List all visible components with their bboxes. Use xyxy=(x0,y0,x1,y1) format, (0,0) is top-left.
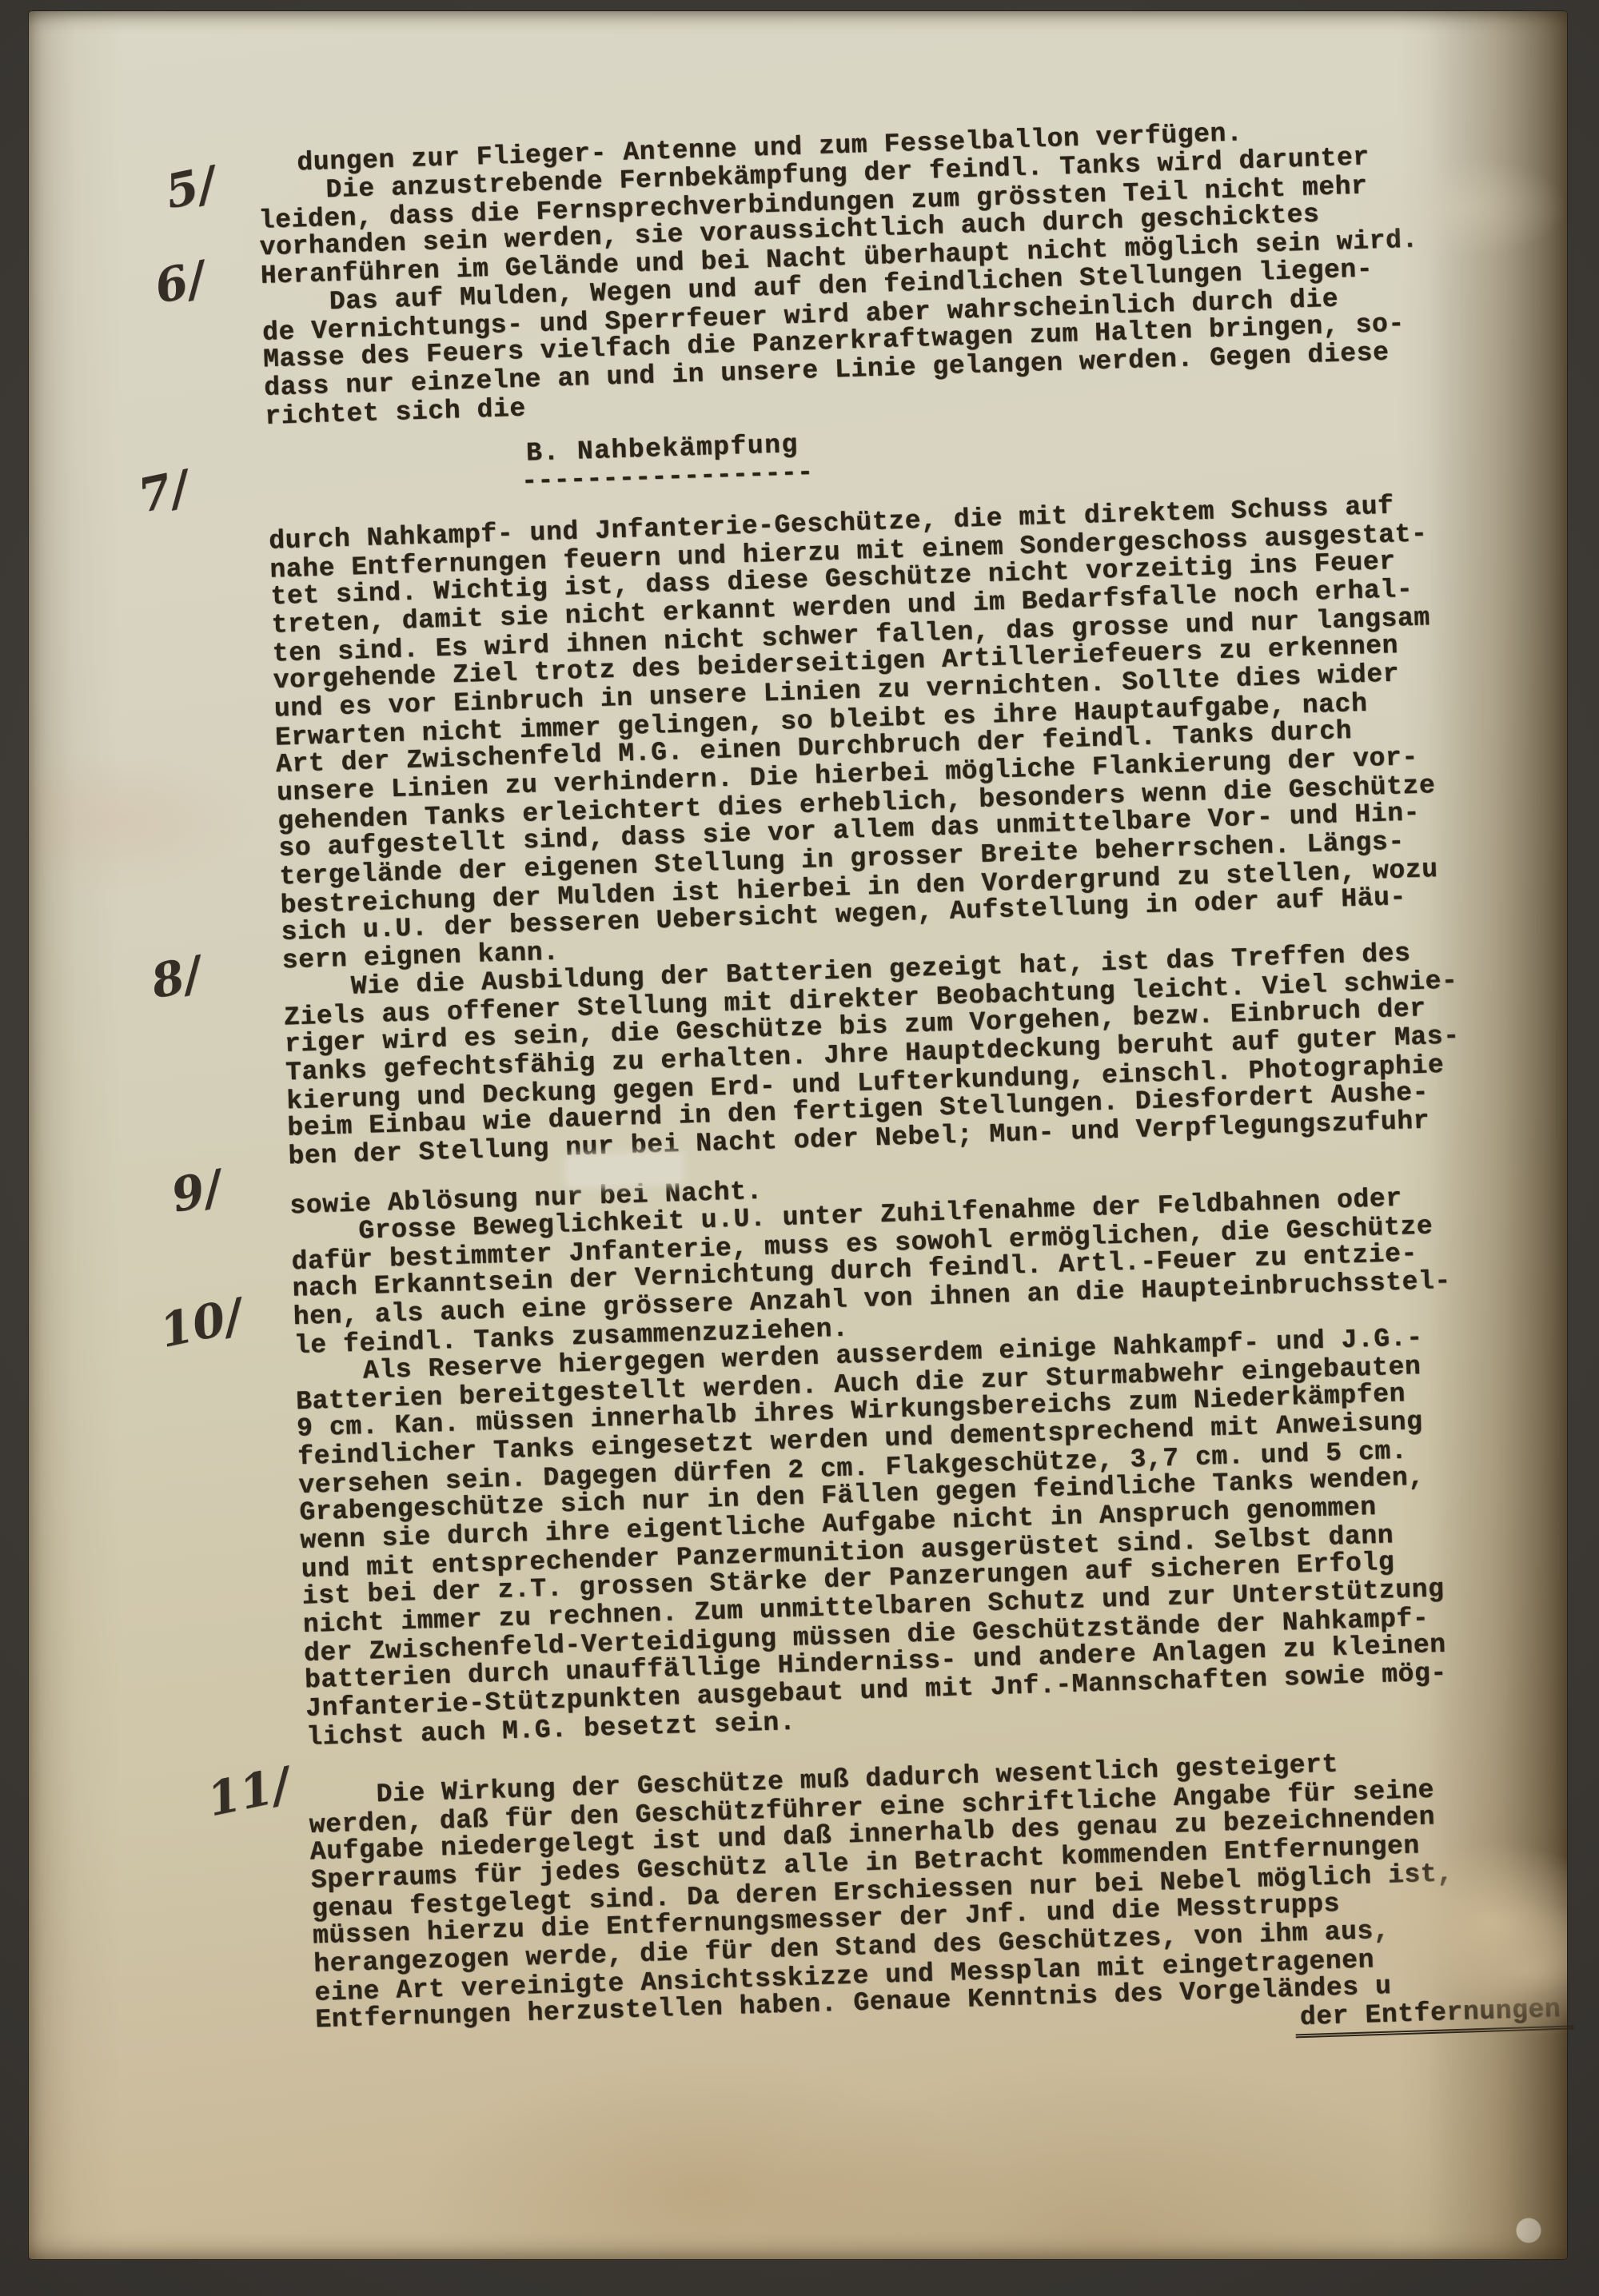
margin-number-9: 9/ xyxy=(168,1163,226,1219)
document-page: dungen zur Flieger- Antenne und zum Fess… xyxy=(29,11,1567,2259)
margin-number-7: 7/ xyxy=(134,464,193,520)
margin-number-10: 10/ xyxy=(156,1292,246,1354)
paragraphs-after-heading: 7/durch Nahkampf- und Jnfanterie-Geschüt… xyxy=(269,487,1599,2063)
margin-number-11: 11/ xyxy=(204,1760,294,1823)
paragraph-10: 10/Als Reserve hiergegen werden ausserde… xyxy=(295,1318,1599,1751)
paragraph-7: 7/durch Nahkampf- und Jnfanterie-Geschüt… xyxy=(269,487,1577,975)
correction-fluid-patch xyxy=(568,1154,681,1185)
paragraphs-before-heading: 5/Die anzustrebende Fernbekämpfung der f… xyxy=(257,138,1560,430)
paragraph-8: 8/Wie die Ausbildung der Batterien gezei… xyxy=(282,935,1585,1220)
typewritten-text: dungen zur Flieger- Antenne und zum Fess… xyxy=(257,110,1599,2063)
margin-number-8: 8/ xyxy=(147,950,205,1006)
margin-number-6: 6/ xyxy=(151,254,209,310)
paragraph-11: 11/Die Wirkung der Geschütze muß dadurch… xyxy=(308,1742,1599,2063)
margin-number-5: 5/ xyxy=(161,160,220,216)
photo-background: dungen zur Flieger- Antenne und zum Fess… xyxy=(0,0,1599,2296)
